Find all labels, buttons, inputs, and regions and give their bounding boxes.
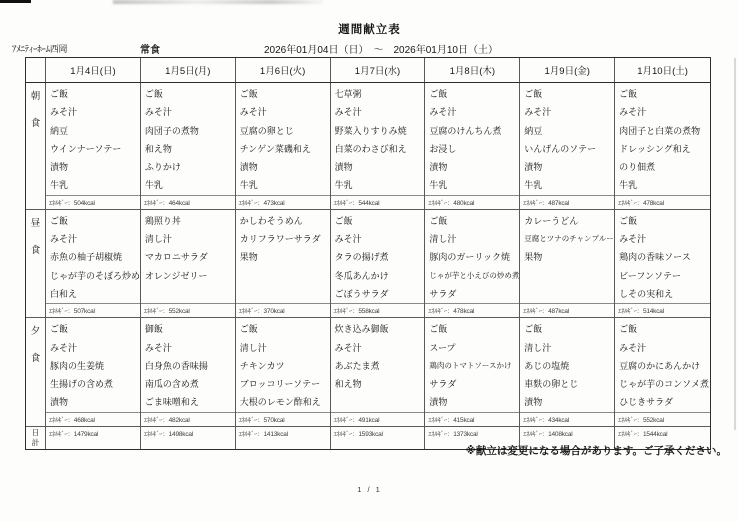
row-label-char: 夕 — [31, 323, 41, 337]
menu-item: スープ — [429, 339, 519, 357]
menu-item: ご飯 — [429, 320, 519, 338]
meal-row-dinner: 夕食ご飯みそ汁豚肉の生姜焼生揚げの含め煮漬物ｴﾈﾙｷﾞｰ：468kcal御飯みそ… — [26, 318, 710, 426]
menu-item-list: ご飯みそ汁鶏肉の香味ソースビーフンソテーしその実和え — [615, 210, 710, 303]
menu-item: 南瓜の含め煮 — [145, 375, 235, 393]
row-label-lunch: 昼食 — [26, 210, 46, 317]
page-title: 週間献立表 — [0, 21, 739, 37]
menu-item-list: ご飯みそ汁赤魚の柚子胡椒焼じゃが芋のそぼろ炒め白和え — [46, 210, 140, 303]
menu-item: 豆腐のかにあんかけ — [619, 357, 710, 375]
menu-item: 清し汁 — [524, 339, 614, 357]
dinner-cell: ご飯みそ汁豆腐のかにあんかけじゃが芋のコンソメ煮ひじきサラダｴﾈﾙｷﾞｰ：552… — [615, 318, 710, 425]
page-number: 1 / 1 — [0, 485, 739, 494]
menu-item: ブロッコリーソテー — [240, 375, 330, 393]
menu-item: 漬物 — [429, 393, 519, 411]
energy-kcal: ｴﾈﾙｷﾞｰ：415kcal — [425, 412, 519, 426]
paper-edge-shadow — [734, 58, 736, 430]
menu-item: ご飯 — [335, 212, 425, 230]
menu-item: ご飯 — [240, 320, 330, 338]
menu-item: ご飯 — [50, 85, 140, 103]
lunch-cell: ご飯みそ汁タラの揚げ煮冬瓜あんかけごぼうサラダｴﾈﾙｷﾞｰ：558kcal — [331, 210, 426, 317]
row-label-char: 食 — [31, 242, 41, 256]
menu-item: 白和え — [50, 285, 140, 303]
menu-item: 果物 — [524, 248, 614, 266]
menu-item: 野菜入りすりみ焼 — [335, 122, 425, 140]
scan-smudge — [113, 0, 323, 4]
date-header: 1月6日(火) — [236, 58, 331, 82]
menu-item: ご飯 — [619, 85, 710, 103]
menu-item: 牛乳 — [429, 176, 519, 194]
menu-item: サラダ — [429, 375, 519, 393]
menu-item-list: ご飯みそ汁豆腐の卵とじチンゲン菜磯和え漬物牛乳 — [236, 83, 330, 195]
energy-kcal: ｴﾈﾙｷﾞｰ：480kcal — [425, 195, 519, 209]
menu-item: ご飯 — [429, 212, 519, 230]
energy-kcal: ｴﾈﾙｷﾞｰ：468kcal — [46, 412, 140, 426]
dinner-cell: ご飯清し汁あじの塩焼車麩の卵とじ漬物ｴﾈﾙｷﾞｰ：434kcal — [520, 318, 615, 425]
menu-item: 和え物 — [335, 375, 425, 393]
menu-item: 清し汁 — [145, 230, 235, 248]
menu-item: いんげんのソテー — [524, 140, 614, 158]
menu-item: 大根のレモン酢和え — [240, 393, 330, 411]
menu-item: 牛乳 — [50, 176, 140, 194]
menu-item-list: ご飯スープ鶏肉のトマトソースかけサラダ漬物 — [425, 318, 519, 411]
dinner-cell: ご飯みそ汁豚肉の生姜焼生揚げの含め煮漬物ｴﾈﾙｷﾞｰ：468kcal — [46, 318, 141, 425]
menu-item-list: ご飯清し汁豚肉のガーリック焼じゃが芋と小えびの炒め煮サラダ — [425, 210, 519, 303]
menu-item: ふりかけ — [145, 158, 235, 176]
menu-item: みそ汁 — [619, 339, 710, 357]
menu-item-list: ご飯みそ汁タラの揚げ煮冬瓜あんかけごぼうサラダ — [331, 210, 425, 303]
breakfast-cell: ご飯みそ汁納豆ウインナーソテー漬物牛乳ｴﾈﾙｷﾞｰ：504kcal — [46, 83, 141, 209]
menu-item: 牛乳 — [619, 176, 710, 194]
energy-kcal: ｴﾈﾙｷﾞｰ：570kcal — [236, 412, 330, 426]
energy-kcal: ｴﾈﾙｷﾞｰ：478kcal — [615, 195, 710, 209]
menu-item: みそ汁 — [619, 230, 710, 248]
menu-item: 漬物 — [50, 158, 140, 176]
menu-item: チキンカツ — [240, 357, 330, 375]
breakfast-cell: ご飯みそ汁肉団子の煮物和え物ふりかけ牛乳ｴﾈﾙｷﾞｰ：464kcal — [141, 83, 236, 209]
menu-item-list: かしわそうめんカリフラワーサラダ果物 — [236, 210, 330, 303]
menu-item: あぶたま煮 — [335, 357, 425, 375]
breakfast-cell: ご飯みそ汁肉団子と白菜の煮物ドレッシング和えのり佃煮牛乳ｴﾈﾙｷﾞｰ：478kc… — [615, 83, 710, 209]
menu-item: 漬物 — [524, 393, 614, 411]
energy-kcal: ｴﾈﾙｷﾞｰ：558kcal — [331, 303, 425, 317]
facility-name: ｱﾒﾆﾃｨｰﾎｰﾑ西岡 — [12, 42, 67, 55]
row-label-char: 朝 — [31, 88, 41, 102]
menu-item: 生揚げの含め煮 — [50, 375, 140, 393]
menu-item: 炊き込み御飯 — [335, 320, 425, 338]
menu-item: お浸し — [429, 140, 519, 158]
menu-item: しその実和え — [619, 285, 710, 303]
menu-item: 漬物 — [240, 158, 330, 176]
menu-item: 豆腐の卵とじ — [240, 122, 330, 140]
menu-item: ウインナーソテー — [50, 140, 140, 158]
menu-item: ご飯 — [619, 212, 710, 230]
date-header: 1月8日(木) — [425, 58, 520, 82]
menu-item: 白菜のわさび和え — [335, 140, 425, 158]
energy-kcal: ｴﾈﾙｷﾞｰ：544kcal — [331, 195, 425, 209]
menu-item: かしわそうめん — [240, 212, 330, 230]
lunch-cell: ご飯みそ汁鶏肉の香味ソースビーフンソテーしその実和えｴﾈﾙｷﾞｰ：514kcal — [615, 210, 710, 317]
energy-kcal: ｴﾈﾙｷﾞｰ：370kcal — [236, 303, 330, 317]
lunch-cell: ご飯みそ汁赤魚の柚子胡椒焼じゃが芋のそぼろ炒め白和えｴﾈﾙｷﾞｰ：507kcal — [46, 210, 141, 317]
menu-item: 漬物 — [429, 158, 519, 176]
menu-item: 漬物 — [50, 393, 140, 411]
row-label-char: 昼 — [31, 215, 41, 229]
menu-item-list: 炊き込み御飯みそ汁あぶたま煮和え物 — [331, 318, 425, 411]
menu-item: みそ汁 — [50, 103, 140, 121]
breakfast-cell: ご飯みそ汁豆腐のけんちん煮お浸し漬物牛乳ｴﾈﾙｷﾞｰ：480kcal — [425, 83, 520, 209]
menu-item: 漬物 — [335, 158, 425, 176]
menu-item: みそ汁 — [335, 103, 425, 121]
menu-item: チンゲン菜磯和え — [240, 140, 330, 158]
lunch-cell: ご飯清し汁豚肉のガーリック焼じゃが芋と小えびの炒め煮サラダｴﾈﾙｷﾞｰ：478k… — [425, 210, 520, 317]
menu-item: じゃが芋と小えびの炒め煮 — [429, 267, 519, 285]
menu-item-list: 鶏照り丼清し汁マカロニサラダオレンジゼリー — [141, 210, 235, 303]
menu-item: 御飯 — [145, 320, 235, 338]
menu-item: 七草粥 — [335, 85, 425, 103]
menu-item: みそ汁 — [145, 339, 235, 357]
lunch-cell: カレーうどん豆腐とツナのチャンプルー果物ｴﾈﾙｷﾞｰ：487kcal — [520, 210, 615, 317]
energy-kcal: ｴﾈﾙｷﾞｰ：491kcal — [331, 412, 425, 426]
menu-item: 果物 — [240, 248, 330, 266]
menu-item: じゃが芋のコンソメ煮 — [619, 375, 710, 393]
table-header-row: 1月4日(日)1月5日(月)1月6日(火)1月7日(水)1月8日(木)1月9日(… — [26, 58, 710, 83]
row-label-breakfast: 朝食 — [26, 83, 46, 209]
energy-kcal: ｴﾈﾙｷﾞｰ：482kcal — [141, 412, 235, 426]
menu-item-list: カレーうどん豆腐とツナのチャンプルー果物 — [520, 210, 614, 303]
menu-item: オレンジゼリー — [145, 267, 235, 285]
menu-item-list: ご飯清し汁チキンカツブロッコリーソテー大根のレモン酢和え — [236, 318, 330, 411]
menu-item: みそ汁 — [524, 103, 614, 121]
dinner-cell: ご飯スープ鶏肉のトマトソースかけサラダ漬物ｴﾈﾙｷﾞｰ：415kcal — [425, 318, 520, 425]
menu-item: みそ汁 — [50, 230, 140, 248]
menu-item: 豚肉の生姜焼 — [50, 357, 140, 375]
energy-kcal: ｴﾈﾙｷﾞｰ：478kcal — [425, 303, 519, 317]
energy-kcal: ｴﾈﾙｷﾞｰ：514kcal — [615, 303, 710, 317]
energy-kcal: ｴﾈﾙｷﾞｰ：504kcal — [46, 195, 140, 209]
menu-item-list: ご飯みそ汁豆腐のかにあんかけじゃが芋のコンソメ煮ひじきサラダ — [615, 318, 710, 411]
dinner-cell: 御飯みそ汁白身魚の香味揚南瓜の含め煮ごま味噌和えｴﾈﾙｷﾞｰ：482kcal — [141, 318, 236, 425]
meal-type-label: 常食 — [140, 41, 160, 56]
date-header: 1月9日(金) — [520, 58, 615, 82]
menu-item: ご飯 — [524, 85, 614, 103]
menu-item: 車麩の卵とじ — [524, 375, 614, 393]
date-header: 1月10日(土) — [615, 58, 710, 82]
menu-item: 鶏照り丼 — [145, 212, 235, 230]
menu-item-list: ご飯みそ汁肉団子と白菜の煮物ドレッシング和えのり佃煮牛乳 — [615, 83, 710, 195]
energy-kcal: ｴﾈﾙｷﾞｰ：464kcal — [141, 195, 235, 209]
scan-corner-mark — [0, 0, 31, 3]
menu-item: 冬瓜あんかけ — [335, 267, 425, 285]
menu-item: 赤魚の柚子胡椒焼 — [50, 248, 140, 266]
date-header: 1月7日(水) — [331, 58, 426, 82]
menu-item: ドレッシング和え — [619, 140, 710, 158]
menu-item-list: ご飯みそ汁納豆いんげんのソテー漬物牛乳 — [520, 83, 614, 195]
energy-kcal: ｴﾈﾙｷﾞｰ：487kcal — [520, 195, 614, 209]
menu-item-list: ご飯みそ汁豚肉の生姜焼生揚げの含め煮漬物 — [46, 318, 140, 411]
menu-item: ご飯 — [50, 320, 140, 338]
row-label-char: 食 — [31, 115, 41, 129]
menu-item: のり佃煮 — [619, 158, 710, 176]
menu-item: 豆腐とツナのチャンプルー — [524, 230, 614, 248]
menu-item: ご飯 — [429, 85, 519, 103]
row-label-char: 日 — [32, 428, 40, 437]
menu-item: ご飯 — [145, 85, 235, 103]
breakfast-cell: 七草粥みそ汁野菜入りすりみ焼白菜のわさび和え漬物牛乳ｴﾈﾙｷﾞｰ：544kcal — [331, 83, 426, 209]
breakfast-cell: ご飯みそ汁豆腐の卵とじチンゲン菜磯和え漬物牛乳ｴﾈﾙｷﾞｰ：473kcal — [236, 83, 331, 209]
dinner-cell: 炊き込み御飯みそ汁あぶたま煮和え物ｴﾈﾙｷﾞｰ：491kcal — [331, 318, 426, 425]
menu-table: 1月4日(日)1月5日(月)1月6日(火)1月7日(水)1月8日(木)1月9日(… — [25, 57, 711, 450]
menu-item: 豚肉のガーリック焼 — [429, 248, 519, 266]
menu-item: ごま味噌和え — [145, 393, 235, 411]
menu-item-list: ご飯清し汁あじの塩焼車麩の卵とじ漬物 — [520, 318, 614, 411]
menu-item: みそ汁 — [145, 103, 235, 121]
energy-kcal: ｴﾈﾙｷﾞｰ：507kcal — [46, 303, 140, 317]
menu-item-list: 七草粥みそ汁野菜入りすりみ焼白菜のわさび和え漬物牛乳 — [331, 83, 425, 195]
menu-item: みそ汁 — [335, 230, 425, 248]
menu-item: ビーフンソテー — [619, 267, 710, 285]
menu-item: みそ汁 — [335, 339, 425, 357]
energy-kcal: ｴﾈﾙｷﾞｰ：473kcal — [236, 195, 330, 209]
menu-item: ご飯 — [50, 212, 140, 230]
menu-item: 和え物 — [145, 140, 235, 158]
lunch-cell: 鶏照り丼清し汁マカロニサラダオレンジゼリーｴﾈﾙｷﾞｰ：552kcal — [141, 210, 236, 317]
energy-kcal: ｴﾈﾙｷﾞｰ：552kcal — [141, 303, 235, 317]
menu-item: みそ汁 — [429, 103, 519, 121]
meal-row-lunch: 昼食ご飯みそ汁赤魚の柚子胡椒焼じゃが芋のそぼろ炒め白和えｴﾈﾙｷﾞｰ：507kc… — [26, 210, 710, 318]
disclaimer-note: ※献立は変更になる場合があります。ご了承ください。 — [0, 443, 727, 458]
menu-item: ご飯 — [619, 320, 710, 338]
menu-item-list: ご飯みそ汁納豆ウインナーソテー漬物牛乳 — [46, 83, 140, 195]
row-label-cell — [26, 58, 46, 82]
menu-item: ご飯 — [240, 85, 330, 103]
dinner-cell: ご飯清し汁チキンカツブロッコリーソテー大根のレモン酢和えｴﾈﾙｷﾞｰ：570kc… — [236, 318, 331, 425]
date-header: 1月5日(月) — [141, 58, 236, 82]
menu-item: ご飯 — [524, 320, 614, 338]
menu-item: みそ汁 — [50, 339, 140, 357]
menu-item: 鶏肉の香味ソース — [619, 248, 710, 266]
menu-item: 白身魚の香味揚 — [145, 357, 235, 375]
menu-item: 鶏肉のトマトソースかけ — [429, 357, 519, 375]
menu-item: ごぼうサラダ — [335, 285, 425, 303]
row-label-dinner: 夕食 — [26, 318, 46, 425]
energy-kcal: ｴﾈﾙｷﾞｰ：487kcal — [520, 303, 614, 317]
menu-item: 牛乳 — [524, 176, 614, 194]
menu-item: タラの揚げ煮 — [335, 248, 425, 266]
menu-item: ひじきサラダ — [619, 393, 710, 411]
menu-item: じゃが芋のそぼろ炒め — [50, 267, 140, 285]
menu-item: 肉団子と白菜の煮物 — [619, 122, 710, 140]
menu-item: 牛乳 — [240, 176, 330, 194]
date-range: 2026年01月04日（日） ～ 2026年01月10日（土） — [264, 41, 498, 56]
menu-item: カリフラワーサラダ — [240, 230, 330, 248]
energy-kcal: ｴﾈﾙｷﾞｰ：434kcal — [520, 412, 614, 426]
menu-item-list: ご飯みそ汁肉団子の煮物和え物ふりかけ牛乳 — [141, 83, 235, 195]
menu-item: 肉団子の煮物 — [145, 122, 235, 140]
meal-row-breakfast: 朝食ご飯みそ汁納豆ウインナーソテー漬物牛乳ｴﾈﾙｷﾞｰ：504kcalご飯みそ汁… — [26, 83, 710, 210]
menu-item: 納豆 — [50, 122, 140, 140]
menu-item: カレーうどん — [524, 212, 614, 230]
menu-item: 漬物 — [524, 158, 614, 176]
energy-kcal: ｴﾈﾙｷﾞｰ：552kcal — [615, 412, 710, 426]
menu-item: 納豆 — [524, 122, 614, 140]
menu-item: 清し汁 — [240, 339, 330, 357]
menu-item: マカロニサラダ — [145, 248, 235, 266]
menu-item: 牛乳 — [145, 176, 235, 194]
menu-item: みそ汁 — [240, 103, 330, 121]
menu-item: サラダ — [429, 285, 519, 303]
menu-item-list: 御飯みそ汁白身魚の香味揚南瓜の含め煮ごま味噌和え — [141, 318, 235, 411]
menu-item: 豆腐のけんちん煮 — [429, 122, 519, 140]
menu-item: みそ汁 — [619, 103, 710, 121]
menu-item: 牛乳 — [335, 176, 425, 194]
menu-item: 清し汁 — [429, 230, 519, 248]
row-label-char: 食 — [31, 350, 41, 364]
menu-item-list: ご飯みそ汁豆腐のけんちん煮お浸し漬物牛乳 — [425, 83, 519, 195]
lunch-cell: かしわそうめんカリフラワーサラダ果物ｴﾈﾙｷﾞｰ：370kcal — [236, 210, 331, 317]
menu-item: あじの塩焼 — [524, 357, 614, 375]
date-header: 1月4日(日) — [46, 58, 141, 82]
breakfast-cell: ご飯みそ汁納豆いんげんのソテー漬物牛乳ｴﾈﾙｷﾞｰ：487kcal — [520, 83, 615, 209]
scanned-menu-page: 週間献立表 ｱﾒﾆﾃｨｰﾎｰﾑ西岡 常食 2026年01月04日（日） ～ 20… — [0, 0, 739, 522]
